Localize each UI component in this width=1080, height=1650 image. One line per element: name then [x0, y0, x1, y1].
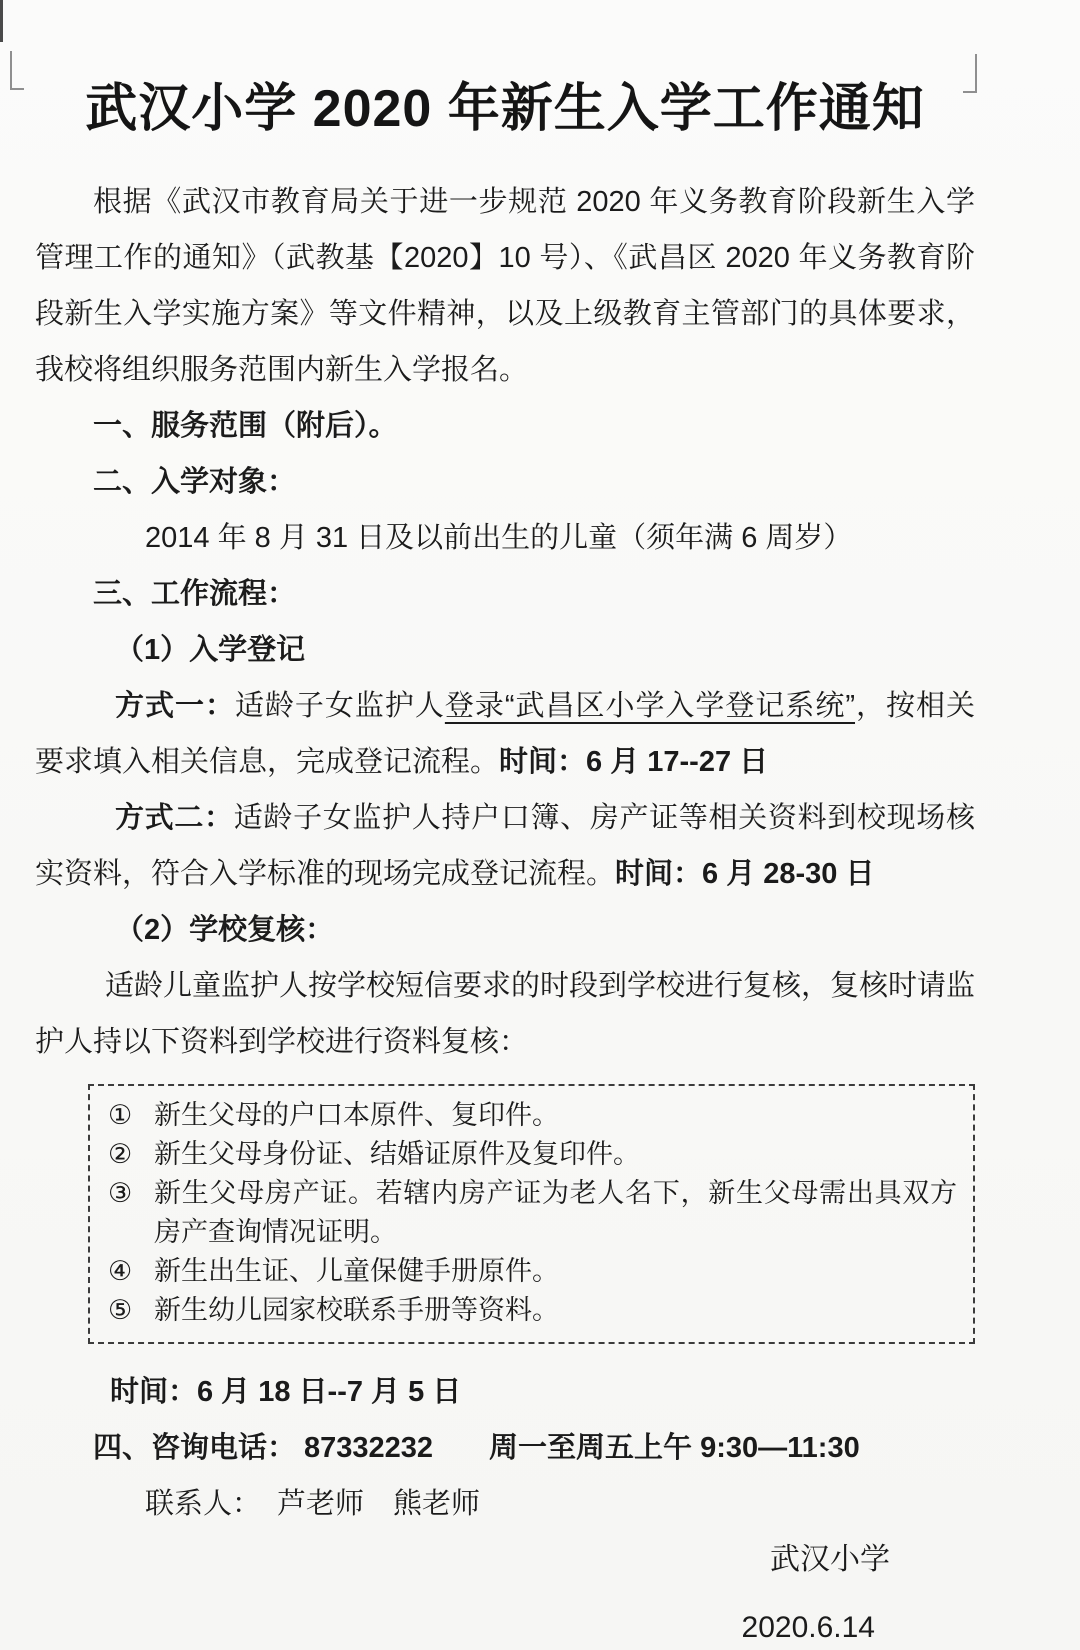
material-item-number: ⑤	[90, 1291, 154, 1330]
material-item-number: ②	[90, 1135, 154, 1174]
material-item: ③新生父母房产证。若辖内房产证为老人名下，新生父母需出具双方房产查询情况证明。	[90, 1174, 963, 1252]
method-1-paragraph: 方式一：适龄子女监护人登录“武昌区小学入学登记系统”，按相关要求填入相关信息，完…	[35, 678, 975, 790]
material-item: ④新生出生证、儿童保健手册原件。	[90, 1252, 963, 1291]
material-item: ⑤新生幼儿园家校联系手册等资料。	[90, 1291, 963, 1330]
step-1-heading: （1）入学登记	[115, 622, 975, 678]
review-time: 时间：6 月 18 日--7 月 5 日	[110, 1364, 975, 1420]
section-4-line: 四、咨询电话：87332232周一至周五上午 9:30—11:30	[93, 1420, 975, 1476]
contact-names: 芦老师 熊老师	[277, 1488, 480, 1520]
method-2-time: 时间：6 月 28-30 日	[615, 858, 874, 890]
notice-title: 武汉小学 2020 年新生入学工作通知	[35, 76, 975, 144]
section-2-body: 2014 年 8 月 31 日及以前出生的儿童（须年满 6 周岁）	[145, 510, 975, 566]
material-item: ②新生父母身份证、结婚证原件及复印件。	[90, 1135, 963, 1174]
office-hours: 周一至周五上午 9:30—11:30	[489, 1432, 860, 1464]
material-item-text: 新生父母身份证、结婚证原件及复印件。	[154, 1135, 963, 1174]
material-item-text: 新生父母的户口本原件、复印件。	[154, 1096, 963, 1135]
material-item-text: 新生父母房产证。若辖内房产证为老人名下，新生父母需出具双方房产查询情况证明。	[154, 1174, 963, 1252]
method-1-time: 时间：6 月 17--27 日	[499, 746, 768, 778]
document-content: 武汉小学 2020 年新生入学工作通知 根据《武汉市教育局关于进一步规范 202…	[0, 0, 1080, 1648]
material-item-text: 新生幼儿园家校联系手册等资料。	[154, 1291, 963, 1330]
page-corner-mark-right	[963, 54, 977, 93]
scan-edge-artifact	[0, 0, 3, 42]
signature-date: 2020.6.14	[35, 1608, 975, 1648]
method-1-pre-link-text: 适龄子女监护人	[235, 690, 445, 722]
contact-label: 联系人：	[145, 1488, 261, 1520]
section-4-heading: 四、咨询电话：	[93, 1432, 296, 1464]
section-3-heading: 三、工作流程：	[93, 566, 975, 622]
materials-box: ①新生父母的户口本原件、复印件。 ②新生父母身份证、结婚证原件及复印件。 ③新生…	[88, 1084, 975, 1344]
section-1-heading: 一、服务范围（附后）。	[93, 398, 975, 454]
material-item-number: ③	[90, 1174, 154, 1252]
section-2-heading: 二、入学对象：	[93, 454, 975, 510]
step-2-body: 适龄儿童监护人按学校短信要求的时段到学校进行复核，复核时请监护人持以下资料到学校…	[35, 958, 975, 1070]
signature-school: 武汉小学	[35, 1532, 975, 1588]
registration-system-link[interactable]: 登录“武昌区小学入学登记系统”	[445, 690, 855, 722]
intro-paragraph: 根据《武汉市教育局关于进一步规范 2020 年义务教育阶段新生入学管理工作的通知…	[35, 174, 975, 398]
method-2-label: 方式二：	[115, 802, 234, 834]
material-item: ①新生父母的户口本原件、复印件。	[90, 1096, 963, 1135]
material-item-number: ①	[90, 1096, 154, 1135]
material-item-number: ④	[90, 1252, 154, 1291]
phone-number: 87332232	[304, 1432, 433, 1464]
method-2-paragraph: 方式二：适龄子女监护人持户口簿、房产证等相关资料到校现场核实资料，符合入学标准的…	[35, 790, 975, 902]
page-corner-mark-left	[10, 51, 24, 90]
material-item-text: 新生出生证、儿童保健手册原件。	[154, 1252, 963, 1291]
contacts-line: 联系人：芦老师 熊老师	[145, 1476, 975, 1532]
step-2-heading: （2）学校复核：	[115, 902, 975, 958]
notice-document: 武汉小学 2020 年新生入学工作通知 根据《武汉市教育局关于进一步规范 202…	[0, 0, 1080, 1650]
method-1-label: 方式一：	[115, 690, 235, 722]
